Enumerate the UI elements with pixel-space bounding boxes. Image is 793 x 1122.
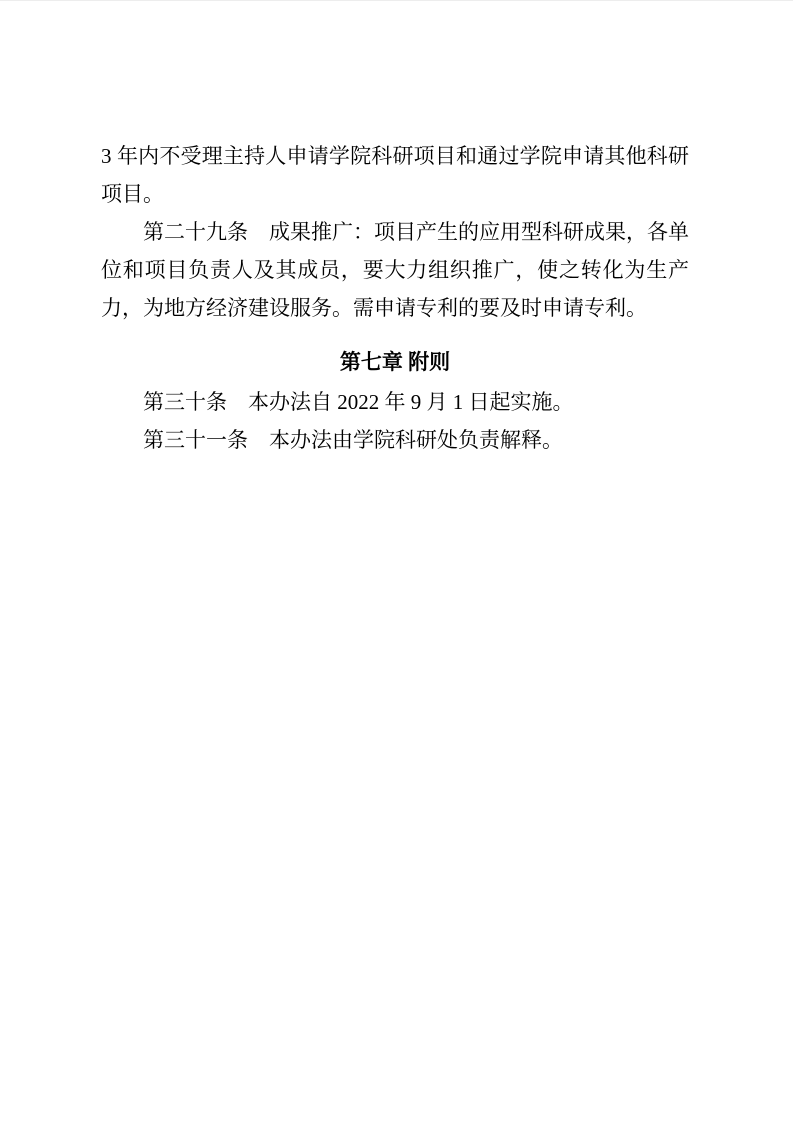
paragraph-article-30: 第三十条 本办法自 2022 年 9 月 1 日起实施。 xyxy=(101,383,689,421)
paragraph-continuation: 3 年内不受理主持人申请学院科研项目和通过学院申请其他科研项目。 xyxy=(101,137,689,213)
paragraph-article-29: 第二十九条 成果推广：项目产生的应用型科研成果，各单位和项目负责人及其成员，要大… xyxy=(101,213,689,327)
paragraph-article-31: 第三十一条 本办法由学院科研处负责解释。 xyxy=(101,421,689,459)
chapter-7-heading: 第七章 附则 xyxy=(101,343,689,381)
document-page: 3 年内不受理主持人申请学院科研项目和通过学院申请其他科研项目。 第二十九条 成… xyxy=(0,0,793,1122)
